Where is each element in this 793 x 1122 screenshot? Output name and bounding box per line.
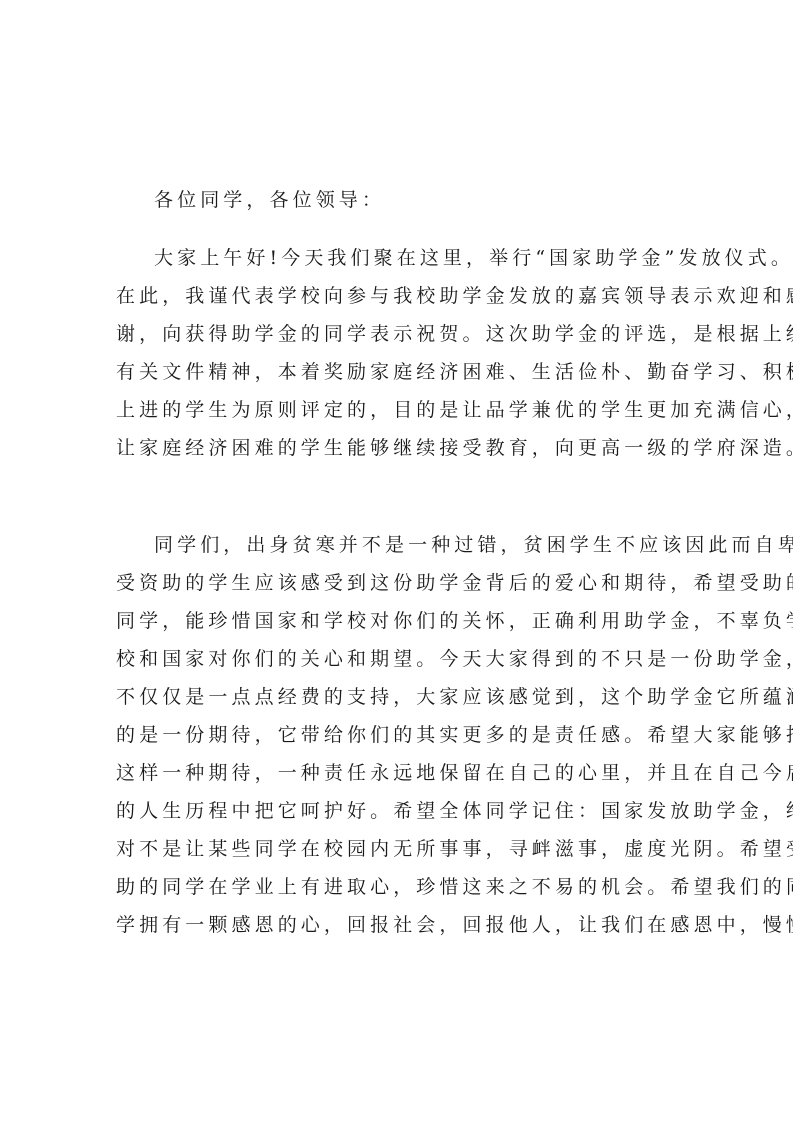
paragraph-line: 大家上午好!今天我们聚在这里，举行“国家助学金”发放仪式。 [154, 239, 793, 277]
salutation: 各位同学，各位领导： [154, 181, 385, 219]
paragraph-line: 在此，我谨代表学校向参与我校助学金发放的嘉宾领导表示欢迎和感 [116, 277, 793, 315]
paragraph-line: 对不是让某些同学在校园内无所事事，寻衅滋事，虚度光阴。希望受 [116, 830, 793, 868]
paragraph-line: 同学们，出身贫寒并不是一种过错，贫困学生不应该因此而自卑， [154, 526, 793, 564]
paragraph-line: 的人生历程中把它呵护好。希望全体同学记住：国家发放助学金，绝 [116, 792, 793, 830]
paragraph-line: 助的同学在学业上有进取心，珍惜这来之不易的机会。希望我们的同 [116, 868, 793, 906]
paragraph-line: 的是一份期待，它带给你们的其实更多的是责任感。希望大家能够把 [116, 716, 793, 754]
paragraph-line: 不仅仅是一点点经费的支持，大家应该感觉到，这个助学金它所蕴涵 [116, 678, 793, 716]
paragraph-line: 让家庭经济困难的学生能够继续接受教育，向更高一级的学府深造。 [116, 429, 793, 467]
paragraph-line: 有关文件精神，本着奖励家庭经济困难、生活俭朴、勤奋学习、积极 [116, 353, 793, 391]
paragraph-line: 同学，能珍惜国家和学校对你们的关怀，正确利用助学金，不辜负学 [116, 602, 793, 640]
paragraph-line: 校和国家对你们的关心和期望。今天大家得到的不只是一份助学金， [116, 640, 793, 678]
paragraph-line: 上进的学生为原则评定的，目的是让品学兼优的学生更加充满信心， [116, 391, 793, 429]
paragraph-line: 学拥有一颗感恩的心，回报社会，回报他人，让我们在感恩中，慢慢 [116, 906, 793, 944]
paragraph-line: 受资助的学生应该感受到这份助学金背后的爱心和期待，希望受助的 [116, 564, 793, 602]
paragraph-line: 谢，向获得助学金的同学表示祝贺。这次助学金的评选，是根据上级 [116, 315, 793, 353]
paragraph-line: 这样一种期待，一种责任永远地保留在自己的心里，并且在自己今后 [116, 754, 793, 792]
